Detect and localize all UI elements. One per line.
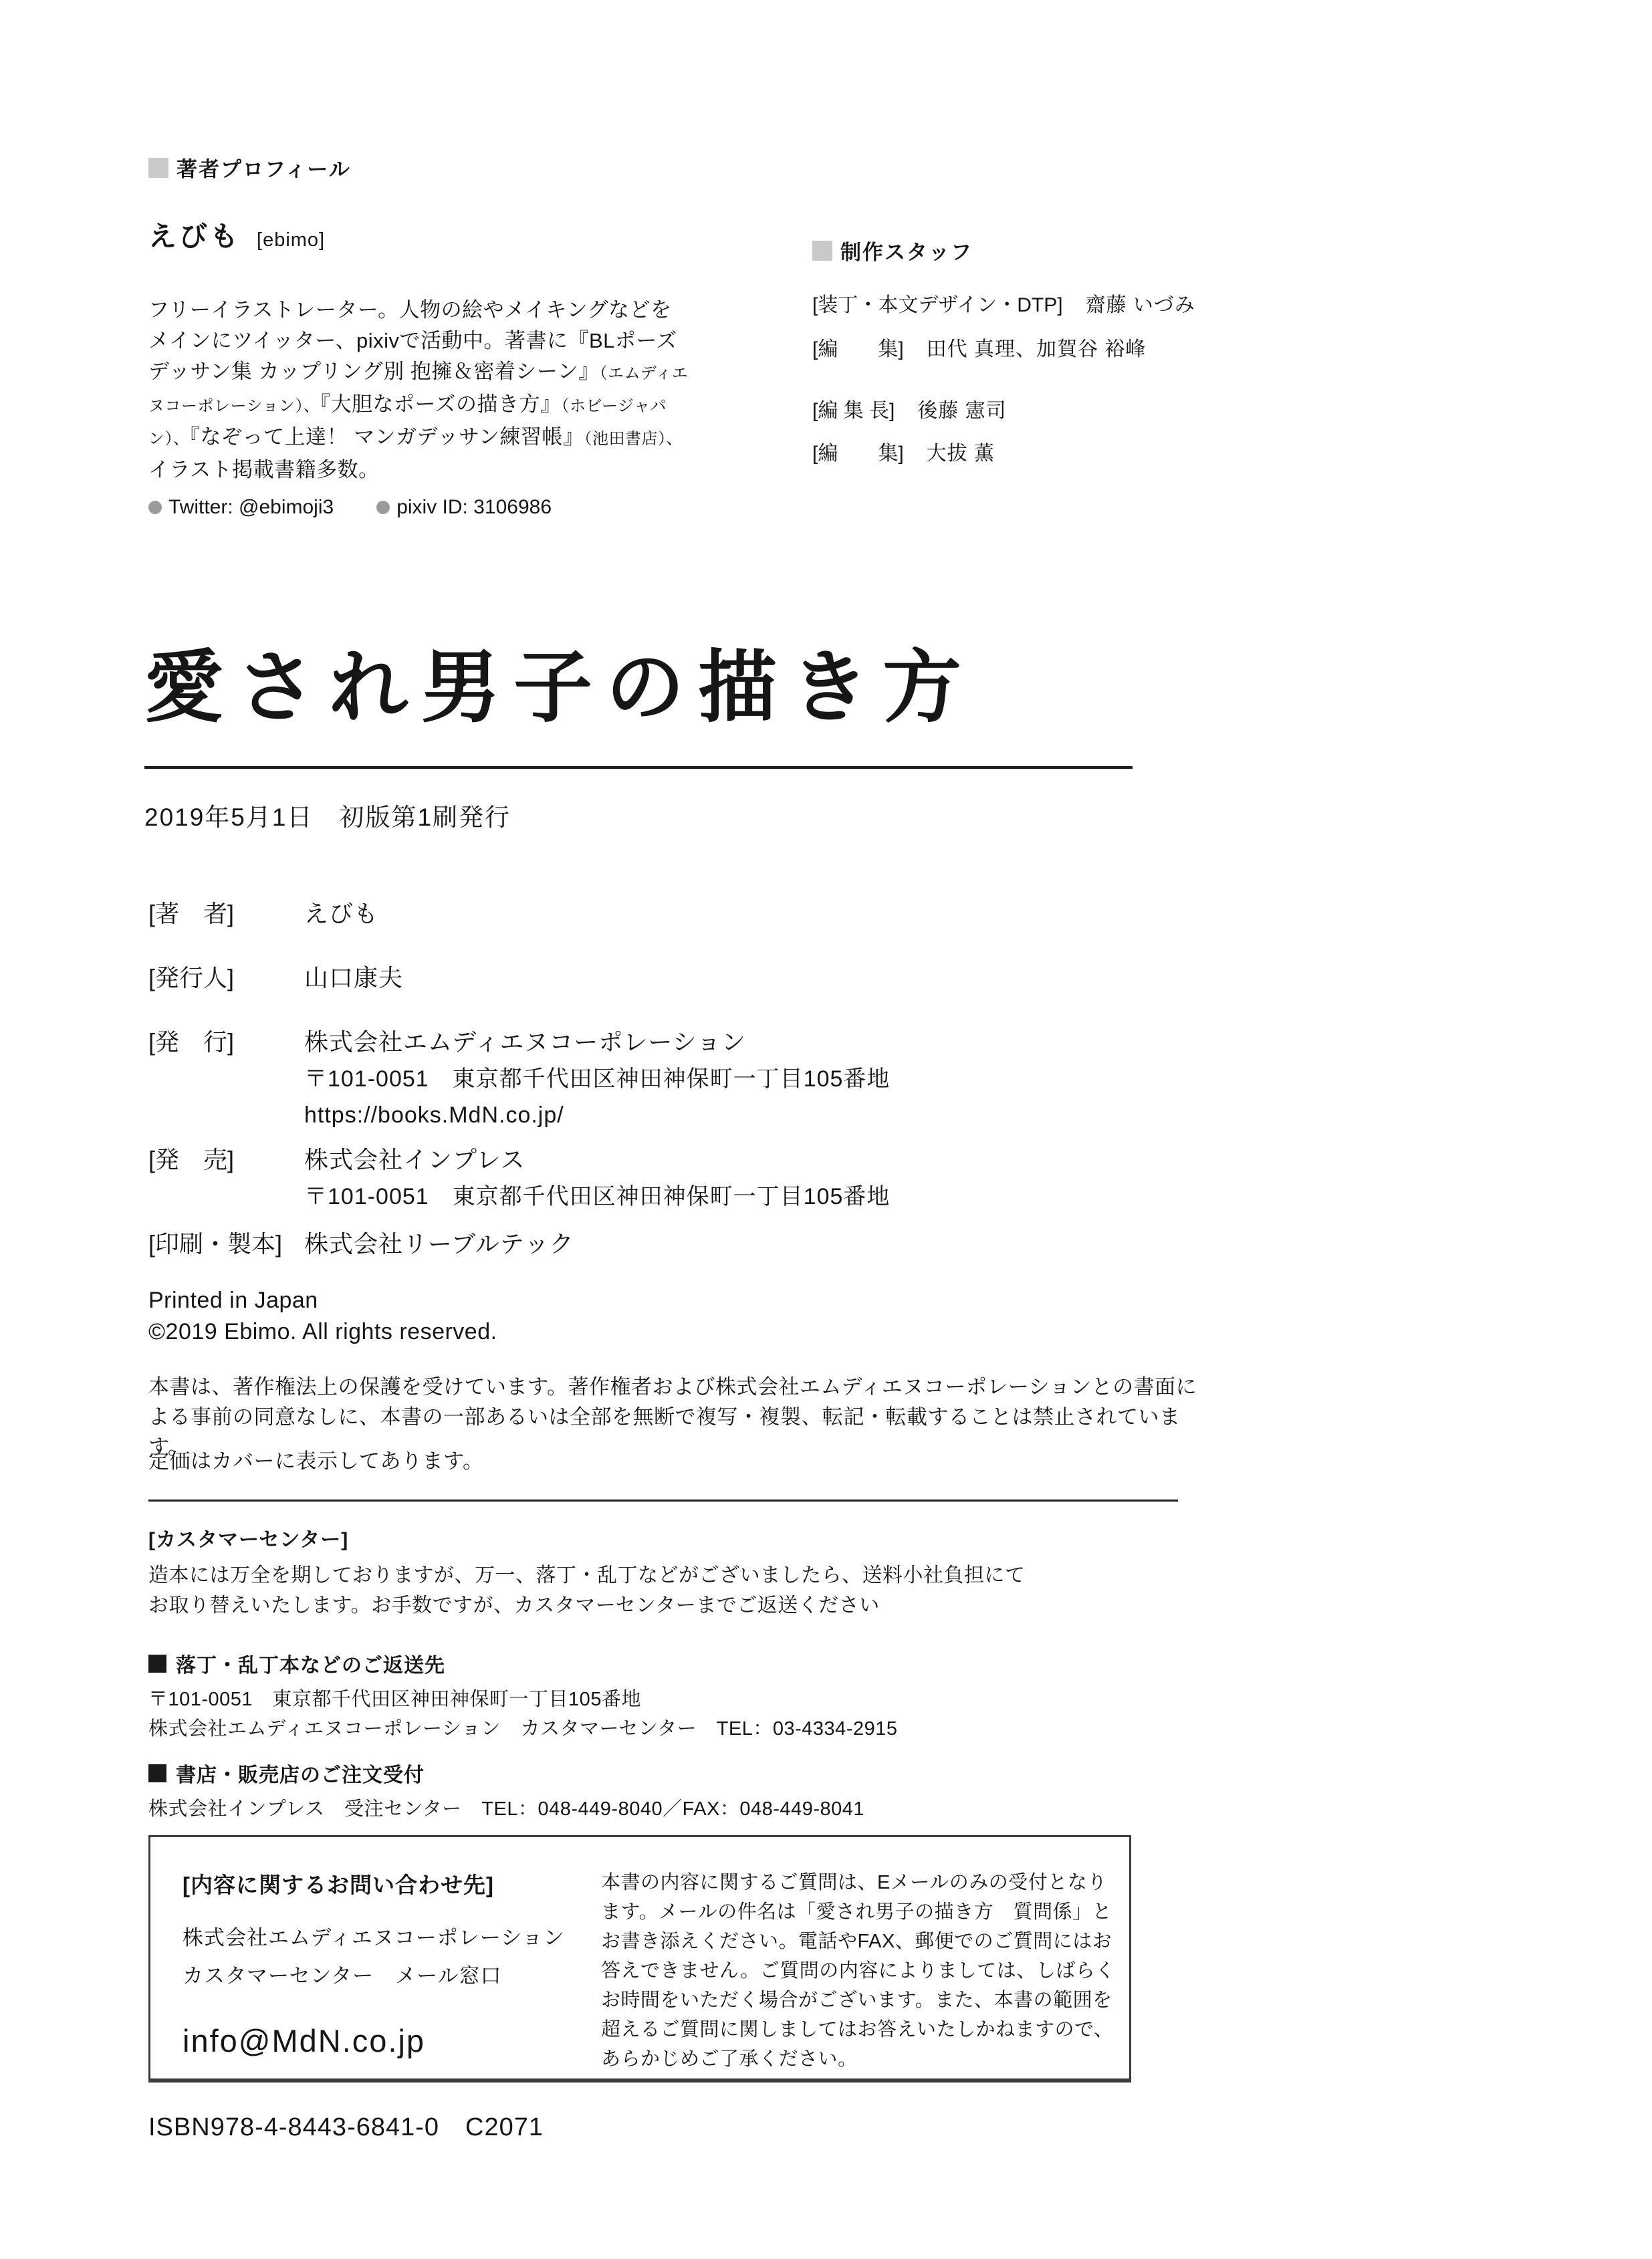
staff-person-name: 大拔 薫 (927, 441, 995, 467)
publication-row: [印刷・製本]株式会社リーブルテック (148, 1229, 1285, 1259)
bio-line: イラスト掲載書籍多数。 (148, 455, 697, 485)
author-links: Twitter: @ebimoji3pixiv ID: 3106986 (148, 496, 697, 519)
author-link-label: pixiv ID: 3106986 (396, 496, 552, 519)
order-desk-line: 株式会社インプレス 受注センター TEL：048-449-8040／FAX：04… (148, 1794, 1218, 1824)
staff-row: [編 集]田代 真理、加賀谷 裕峰 (812, 336, 1481, 363)
inquiry-contact-column: [内容に関するお問い合わせ先] 株式会社エムディエヌコーポレーション カスタマー… (183, 1868, 577, 2078)
title-block: 愛され男子の描き方 2019年5月1日 初版第1刷発行 (144, 647, 1161, 833)
publication-role-label: [著 者] (148, 899, 304, 929)
rights-line: 本書は、著作権法上の保護を受けています。著作権者および株式会社エムディエヌコーポ… (148, 1372, 1218, 1402)
inquiry-note-line: ます。メールの件名は「愛され男子の描き方 質問係」と (601, 1897, 1116, 1927)
staff-role-label: [編 集] (812, 441, 904, 467)
author-profile-heading-label: 著者プロフィール (176, 152, 351, 183)
bio-segment: フリーイラストレーター。人物の絵やメイキングなどを (148, 298, 672, 322)
author-name-romaji: [ebimo] (257, 229, 325, 251)
black-square-icon (148, 1655, 166, 1673)
author-profile-section: 著者プロフィール えびも [ebimo] フリーイラストレーター。人物の絵やメイ… (148, 152, 697, 519)
publication-row: [発行人]山口康夫 (148, 963, 1285, 993)
publication-sub-line: 〒101-0051 東京都千代田区神田神保町一丁目105番地 (304, 1065, 890, 1093)
publication-row: [著 者]えびも (148, 899, 1285, 929)
bio-segment: メインにツイッター、pixivで活動中。著書に『BLポーズ (148, 329, 677, 352)
author-link-item: Twitter: @ebimoji3 (148, 496, 334, 519)
inquiry-division: カスタマーセンター メール窓口 (183, 1959, 577, 1989)
production-staff-heading-label: 制作スタッフ (840, 235, 973, 265)
order-desk-heading-label: 書店・販売店のご注文受付 (176, 1758, 425, 1788)
colophon-page: 著者プロフィール えびも [ebimo] フリーイラストレーター。人物の絵やメイ… (0, 0, 1652, 2259)
production-staff-heading: 制作スタッフ (812, 235, 1481, 265)
inquiry-note-line: お書き添えください。電話やFAX、郵便でのご質問にはお (601, 1927, 1116, 1956)
bio-segment: ン）、 (148, 430, 190, 448)
author-profile-heading: 著者プロフィール (148, 152, 697, 183)
publication-role-label: [発 行] (148, 1028, 304, 1129)
section-marker-icon (148, 158, 168, 178)
publication-value-wrap: えびも (304, 899, 378, 929)
edition-line: 2019年5月1日 初版第1刷発行 (144, 797, 1161, 833)
inquiry-company: 株式会社エムディエヌコーポレーション (183, 1921, 577, 1951)
author-name-row: えびも [ebimo] (148, 215, 697, 255)
author-link-item: pixiv ID: 3106986 (376, 496, 552, 519)
publication-value-wrap: 山口康夫 (304, 963, 403, 993)
order-desk-heading: 書店・販売店のご注文受付 (148, 1758, 1218, 1788)
bio-segment: ヌコーポレーション）、 (148, 397, 320, 415)
production-staff-section: 制作スタッフ [装丁・本文デザイン・DTP]齋藤 いづみ[編 集]田代 真理、加… (812, 235, 1481, 467)
staff-person-name: 齋藤 いづみ (1086, 292, 1195, 319)
inquiry-note-line: あらかじめご了承ください。 (601, 2044, 1116, 2074)
staff-role-label: [編 集] (812, 336, 904, 363)
copyright-line: ©2019 Ebimo. All rights reserved. (148, 1316, 497, 1348)
return-address-line: 〒101-0051 東京都千代田区神田神保町一丁目105番地 (148, 1685, 1218, 1714)
bio-line: ン）、『なぞって上達！ マンガデッサン練習帳』（池田書店）、 (148, 422, 697, 455)
bio-segment: イラスト掲載書籍多数。 (148, 458, 380, 481)
inquiry-note-line: 超えるご質問に関しましてはお答えいたしかねますので、 (601, 2015, 1116, 2044)
staff-row: [編 集]大拔 薫 (812, 441, 1481, 467)
inquiry-note-line: お時間をいただく場合がございます。また、本書の範囲を (601, 1986, 1116, 2015)
author-link-label: Twitter: @ebimoji3 (168, 496, 334, 519)
publication-sub-line: https://books.MdN.co.jp/ (304, 1101, 890, 1129)
staff-list: [装丁・本文デザイン・DTP]齋藤 いづみ[編 集]田代 真理、加賀谷 裕峰[編… (812, 292, 1481, 467)
publication-row: [発 売]株式会社インプレス〒101-0051 東京都千代田区神田神保町一丁目1… (148, 1145, 1285, 1211)
publication-role-label: [発行人] (148, 963, 304, 993)
return-address-heading: 落丁・乱丁本などのご返送先 (148, 1649, 1218, 1678)
inquiry-email: info@MdN.co.jp (183, 2022, 577, 2059)
staff-role-label: [編 集 長] (812, 398, 895, 425)
bullet-icon (376, 501, 390, 514)
bio-segment: （ホビージャパ (562, 397, 667, 415)
publication-value: 株式会社リーブルテック (304, 1229, 574, 1259)
publication-sub-line: 〒101-0051 東京都千代田区神田神保町一丁目105番地 (304, 1183, 890, 1211)
inquiry-note-line: 答えできません。ご質問の内容によりましては、しばらく (601, 1956, 1116, 1986)
author-bio: フリーイラストレーター。人物の絵やメイキングなどをメインにツイッター、pixiv… (148, 295, 697, 485)
bio-segment: 『なぞって上達！ マンガデッサン練習帳』 (190, 425, 584, 449)
publication-role-label: [発 売] (148, 1145, 304, 1211)
customer-center-section: [カスタマーセンター] 造本には万全を期しておりますが、万一、落丁・乱丁などがご… (148, 1523, 1218, 1824)
inquiry-note: 本書の内容に関するご質問は、Eメールのみの受付となります。メールの件名は「愛され… (601, 1868, 1116, 2078)
publication-value: えびも (304, 899, 378, 929)
bio-segment: （エムディエ (600, 364, 689, 382)
author-name: えびも (148, 215, 241, 255)
staff-person-name: 田代 真理、加賀谷 裕峰 (927, 336, 1147, 363)
staff-row: [装丁・本文デザイン・DTP]齋藤 いづみ (812, 292, 1481, 319)
content-inquiry-box: [内容に関するお問い合わせ先] 株式会社エムディエヌコーポレーション カスタマー… (148, 1835, 1131, 2083)
printed-in-japan: Printed in Japan (148, 1285, 497, 1316)
staff-person-name: 後藤 憲司 (917, 398, 1006, 425)
bio-segment: デッサン集 カップリング別 抱擁＆密着シーン』 (148, 360, 600, 383)
bio-segment: （池田書店）、 (584, 430, 683, 448)
publication-value: 山口康夫 (304, 963, 403, 993)
return-address-lines: 〒101-0051 東京都千代田区神田神保町一丁目105番地株式会社エムディエヌ… (148, 1685, 1218, 1744)
publication-value-wrap: 株式会社エムディエヌコーポレーション〒101-0051 東京都千代田区神田神保町… (304, 1028, 890, 1129)
return-address-heading-label: 落丁・乱丁本などのご返送先 (176, 1649, 445, 1678)
book-title: 愛され男子の描き方 (144, 647, 1161, 730)
return-address-line: 株式会社エムディエヌコーポレーション カスタマーセンター TEL：03-4334… (148, 1714, 1218, 1744)
bio-line: メインにツイッター、pixivで活動中。著書に『BLポーズ (148, 326, 697, 356)
customer-center-body: 造本には万全を期しておりますが、万一、落丁・乱丁などがございましたら、送料小社負… (148, 1560, 1218, 1621)
price-note: 定価はカバーに表示してあります。 (148, 1444, 484, 1474)
customer-center-line: 造本には万全を期しておりますが、万一、落丁・乱丁などがございましたら、送料小社負… (148, 1560, 1218, 1590)
isbn-line: ISBN978-4-8443-6841-0 C2071 (148, 2106, 544, 2143)
bullet-icon (148, 501, 162, 514)
bio-line: フリーイラストレーター。人物の絵やメイキングなどを (148, 295, 697, 326)
black-square-icon (148, 1764, 166, 1782)
publication-value: 株式会社エムディエヌコーポレーション (304, 1028, 890, 1057)
bio-segment: 『大胆なポーズの描き方』 (320, 392, 562, 416)
printed-block: Printed in Japan ©2019 Ebimo. All rights… (148, 1285, 497, 1348)
divider-rule (148, 1500, 1178, 1502)
order-desk-lines: 株式会社インプレス 受注センター TEL：048-449-8040／FAX：04… (148, 1794, 1218, 1824)
staff-role-label: [装丁・本文デザイン・DTP] (812, 292, 1063, 319)
publication-row: [発 行]株式会社エムディエヌコーポレーション〒101-0051 東京都千代田区… (148, 1028, 1285, 1129)
section-marker-icon (812, 241, 832, 261)
inquiry-heading: [内容に関するお問い合わせ先] (183, 1868, 577, 1899)
publication-value-wrap: 株式会社インプレス〒101-0051 東京都千代田区神田神保町一丁目105番地 (304, 1145, 890, 1211)
publication-value-wrap: 株式会社リーブルテック (304, 1229, 574, 1259)
title-rule (144, 766, 1133, 769)
bio-line: ヌコーポレーション）、『大胆なポーズの描き方』（ホビージャパ (148, 389, 697, 422)
customer-center-heading: [カスタマーセンター] (148, 1523, 1218, 1552)
staff-row: [編 集 長]後藤 憲司 (812, 398, 1481, 425)
publication-value: 株式会社インプレス (304, 1145, 890, 1175)
publication-info: [著 者]えびも[発行人]山口康夫[発 行]株式会社エムディエヌコーポレーション… (148, 899, 1285, 1259)
customer-center-line: お取り替えいたします。お手数ですが、カスタマーセンターまでご返送ください (148, 1590, 1218, 1621)
publication-role-label: [印刷・製本] (148, 1229, 304, 1259)
bio-line: デッサン集 カップリング別 抱擁＆密着シーン』（エムディエ (148, 356, 697, 389)
inquiry-note-line: 本書の内容に関するご質問は、Eメールのみの受付となり (601, 1868, 1116, 1897)
